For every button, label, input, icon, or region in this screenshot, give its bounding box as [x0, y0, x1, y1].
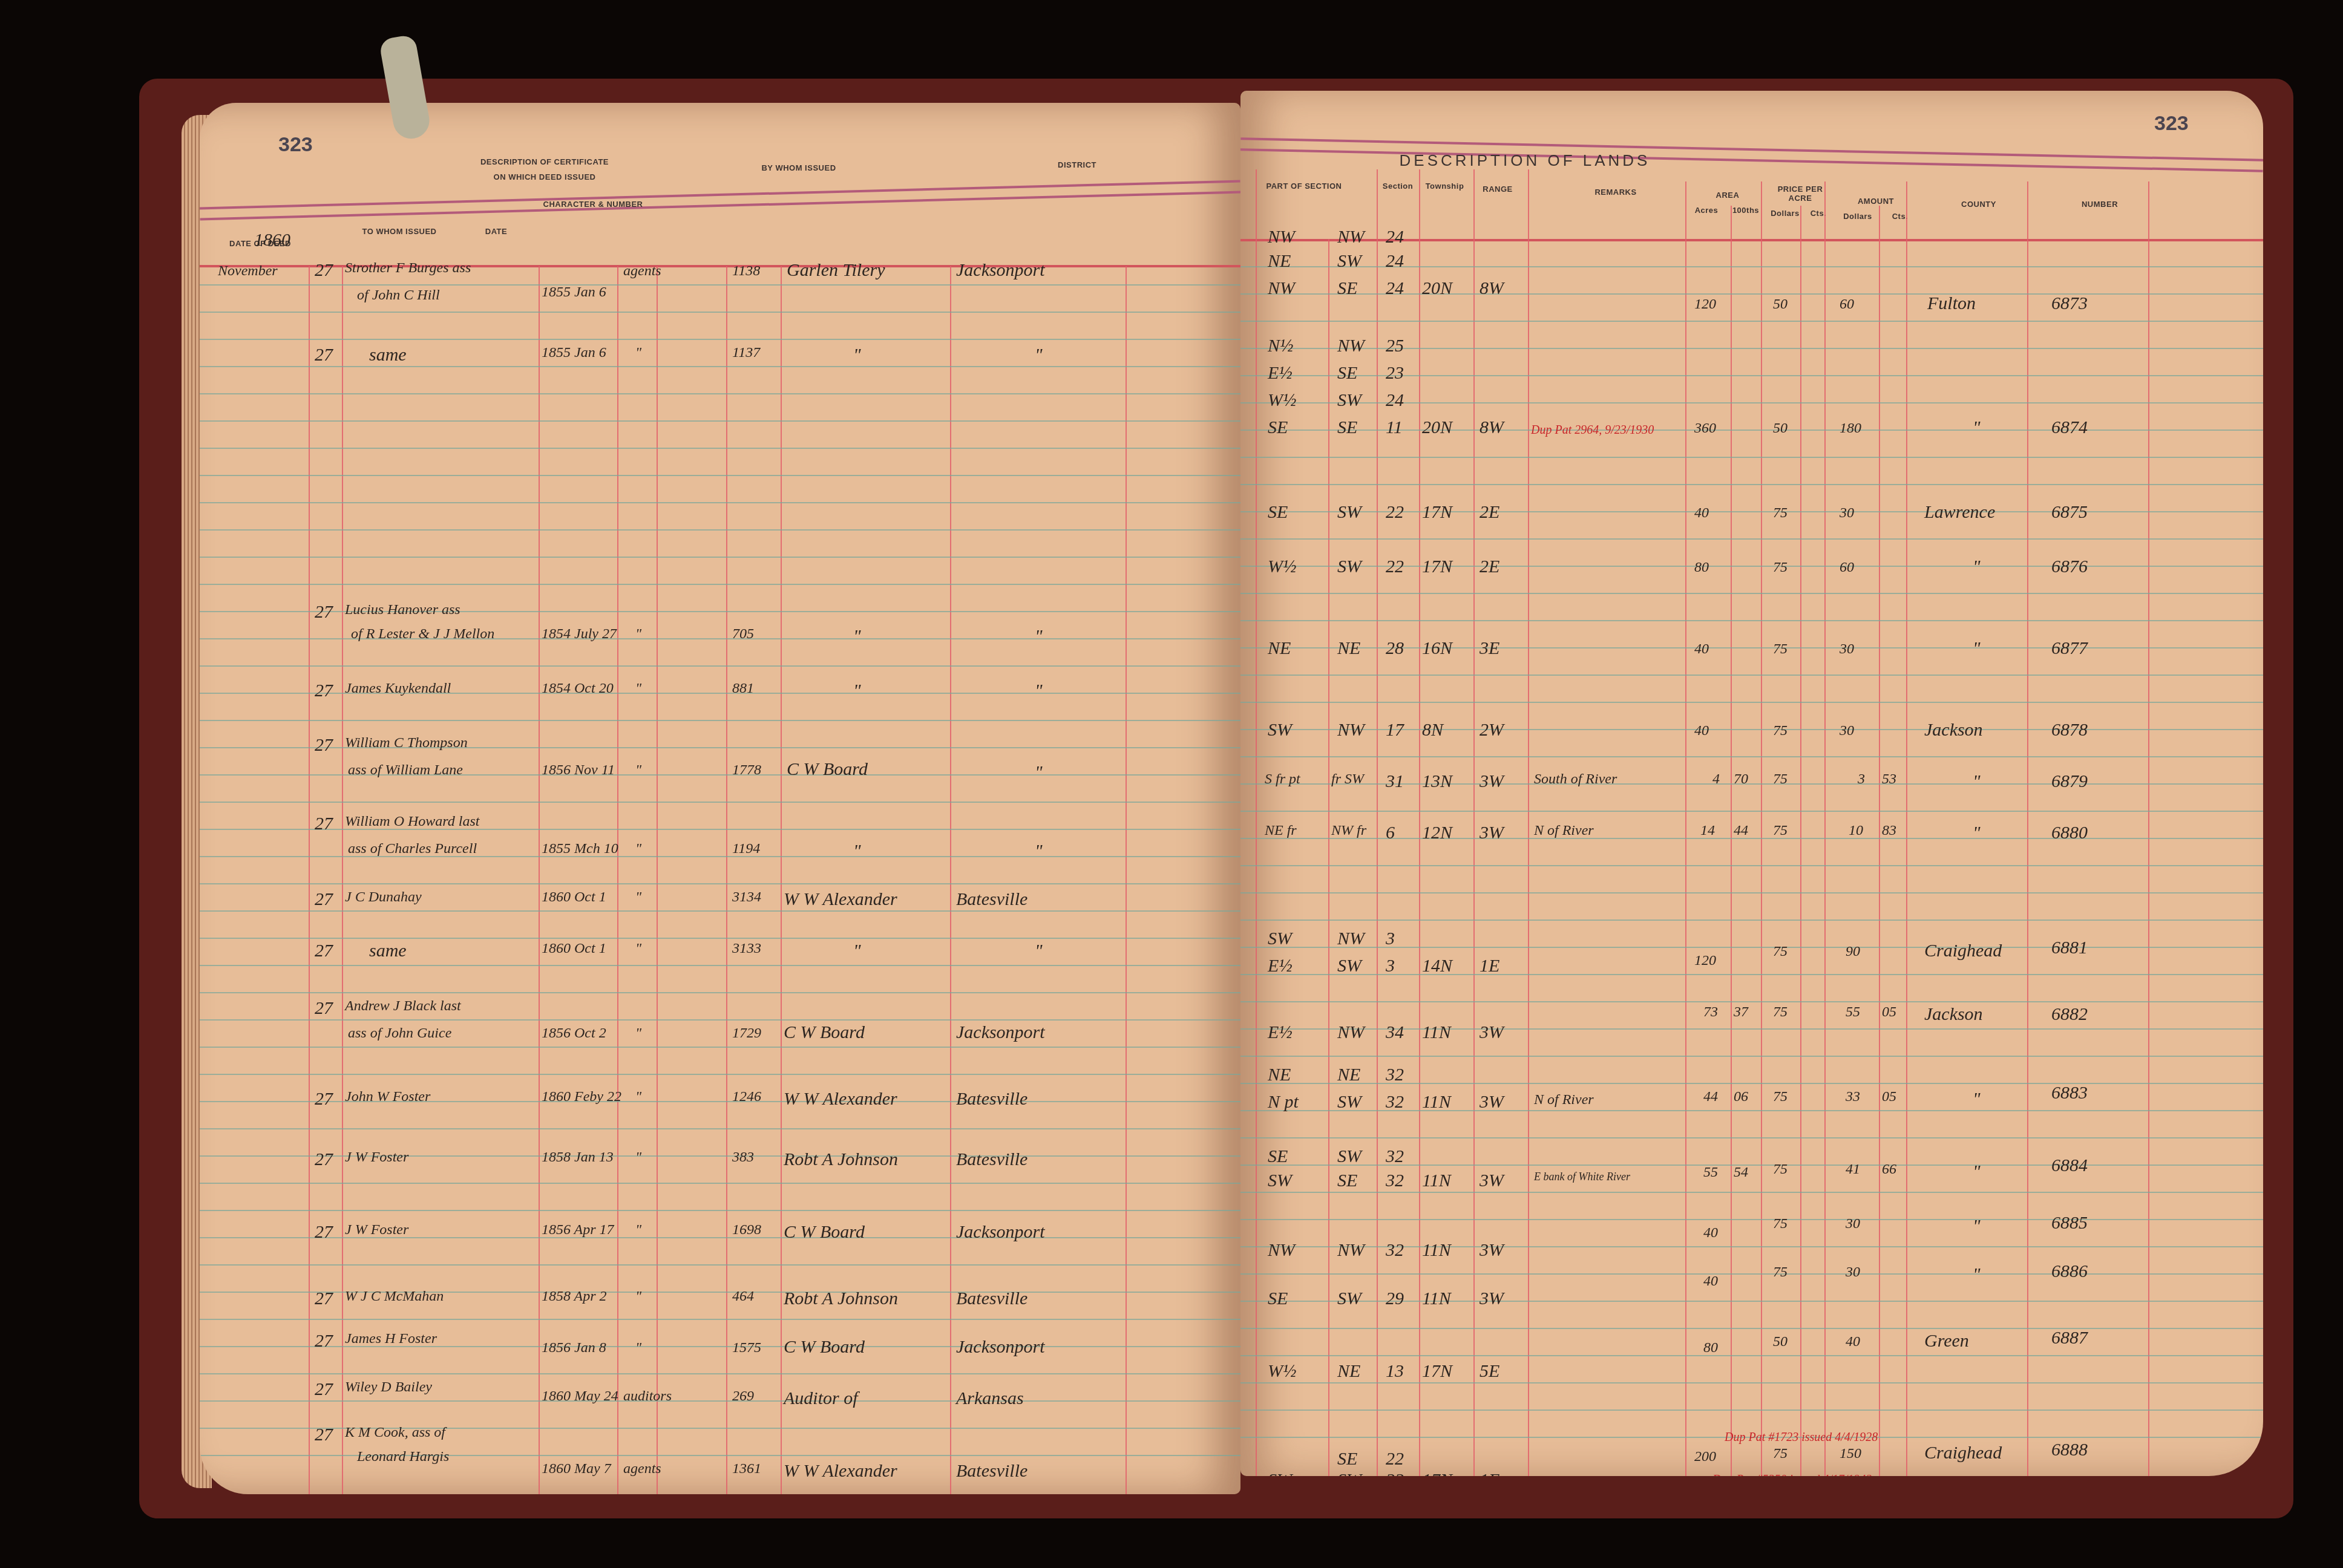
red-remark: Dup Pat 2964, 9/23/1930: [1531, 423, 1654, 437]
patent-number: 6874: [2051, 417, 2088, 438]
patent-number: 6888: [2051, 1440, 2088, 1460]
grantee-name: J W Foster: [345, 1149, 408, 1166]
patent-number: 6887: [2051, 1328, 2088, 1348]
header-district: DISTRICT: [1023, 160, 1132, 169]
county-name: Green: [1924, 1331, 1969, 1351]
county-name: ": [1973, 771, 1981, 792]
header-amount-cts: Cts.: [1885, 212, 1915, 221]
land-entry-6875[interactable]: SE SW 22 17N 2E 40 75 30 Lawrence 6875: [1240, 502, 2263, 532]
year-label: 1860: [254, 230, 290, 250]
header-amount-dollars: Dollars: [1833, 212, 1882, 221]
county-name: ": [1973, 1216, 1981, 1236]
grantee-name: J C Dunahay: [345, 889, 422, 906]
header-band: [200, 180, 1240, 220]
header-hundredths: 100ths: [1728, 206, 1764, 215]
land-entry-6885[interactable]: NW NW 32 11N 3W 40 75 30 " 6885: [1240, 1213, 2263, 1267]
header-section: Section: [1377, 181, 1419, 191]
grantee-name: James Kuykendall: [345, 681, 451, 697]
right-page: 323 DESCRIPTION OF LANDS PART OF SECTION…: [1240, 91, 2263, 1476]
grantee-name: William C Thompson: [345, 735, 468, 751]
grantee-name: K M Cook, ass of: [345, 1425, 445, 1441]
page-number: 323: [278, 133, 313, 157]
grantee-name: Strother F Burges ass: [345, 260, 471, 276]
land-entry-6886[interactable]: SE SW 29 11N 3W 40 75 30 " 6886: [1240, 1261, 2263, 1316]
county-name: ": [1973, 638, 1981, 659]
header-cert-date: DATE: [460, 227, 532, 236]
grantee-name: W J C McMahan: [345, 1289, 444, 1305]
column-divider: [1126, 266, 1127, 1494]
header-part-of-section: PART OF SECTION: [1253, 181, 1355, 191]
header-amount: AMOUNT: [1833, 197, 1918, 206]
header-price-per-acre: PRICE PER ACRE: [1767, 185, 1833, 203]
column-divider: [309, 266, 310, 1494]
county-name: Craighead: [1924, 941, 2002, 961]
county-name: ": [1973, 557, 1981, 577]
left-page: 323 DATE OF DEED TO WHOM ISSUED DESCRIPT…: [200, 103, 1240, 1494]
county-name: Fulton: [1927, 293, 1976, 314]
header-by-whom-issued: BY WHOM ISSUED: [732, 163, 865, 172]
patent-number: 6879: [2051, 771, 2088, 792]
county-name: Craighead: [1924, 1443, 2002, 1463]
column-divider: [539, 266, 540, 1494]
land-entry-6876[interactable]: W½ SW 22 17N 2E 80 75 60 " 6876: [1240, 557, 2263, 587]
column-divider: [342, 266, 343, 1494]
month-label: November: [218, 263, 278, 279]
patent-number: 6885: [2051, 1213, 2088, 1233]
header-price-cts: Cts.: [1806, 209, 1830, 218]
land-entry-6881[interactable]: SW NW 3 E½ SW 3 14N 1E 120 75 90 Craighe…: [1240, 929, 2263, 989]
header-character-number: CHARACTER & NUMBER: [539, 200, 647, 209]
header-number: NUMBER: [2045, 200, 2154, 209]
page-number: 323: [2154, 112, 2189, 136]
county-name: Jackson: [1924, 720, 1983, 740]
patent-number: 6876: [2051, 557, 2088, 577]
land-entry-6880[interactable]: NE fr NW fr 6 12N 3W N of River 14 44 75…: [1240, 823, 2263, 853]
land-entry-6878[interactable]: SW NW 17 8N 2W 40 75 30 Jackson 6878: [1240, 720, 2263, 750]
land-entry-6887[interactable]: W½ NE 13 17N 5E 80 50 40 Green 6887: [1240, 1313, 2263, 1367]
grantee-name: Wiley D Bailey: [345, 1379, 432, 1396]
header-area: AREA: [1688, 191, 1767, 200]
red-remark: Dup Pat #1723 issued 4/4/1928: [1725, 1431, 1878, 1445]
grantee-name: James H Foster: [345, 1331, 437, 1347]
patent-number: 6881: [2051, 938, 2088, 958]
column-divider: [617, 266, 618, 1494]
grantee-name: Andrew J Black last: [345, 998, 461, 1014]
land-entry-6882[interactable]: E½ NW 34 11N 3W 73 37 75 55 05 Jackson 6…: [1240, 1004, 2263, 1053]
column-divider: [950, 266, 951, 1494]
header-description-of-certificate: DESCRIPTION OF CERTIFICATE: [454, 157, 635, 166]
grantee-name: same: [369, 941, 407, 961]
column-divider: [726, 266, 727, 1494]
patent-number: 6883: [2051, 1083, 2088, 1103]
red-remark: Dup Pat #5350 issued 4/17/1942: [1712, 1473, 1872, 1476]
column-divider: [657, 266, 658, 1494]
patent-number: 6877: [2051, 638, 2088, 659]
county-name: Jackson: [1924, 1004, 1983, 1025]
land-entry-6888[interactable]: SE 22 SW SW 22 17N 1E Dup Pat #1723 issu…: [1240, 1403, 2263, 1476]
land-entry-6883[interactable]: NE NE 32 N pt SW 32 11N 3W N of River 44…: [1240, 1065, 2263, 1125]
patent-number: 6873: [2051, 293, 2088, 314]
land-entry-6877[interactable]: NE NE 28 16N 3E 40 75 30 " 6877: [1240, 638, 2263, 668]
grantee-name: Lucius Hanover ass: [345, 602, 460, 618]
header-township: Township: [1419, 181, 1470, 191]
patent-number: 6880: [2051, 823, 2088, 843]
county-name: ": [1973, 1264, 1981, 1285]
header-description-of-lands: DESCRIPTION OF LANDS: [1374, 151, 1676, 170]
header-acres: Acres: [1688, 206, 1725, 215]
grantee-name: William O Howard last: [345, 814, 479, 830]
county-name: ": [1973, 1089, 1981, 1109]
header-remarks: REMARKS: [1543, 188, 1688, 197]
county-name: ": [1973, 823, 1981, 843]
county-name: ": [1973, 1161, 1981, 1182]
grantee-name: J W Foster: [345, 1222, 408, 1238]
patent-number: 6882: [2051, 1004, 2088, 1025]
header-range: RANGE: [1473, 185, 1522, 194]
grantee-name: John W Foster: [345, 1089, 430, 1105]
land-entry-6879[interactable]: S fr pt fr SW 31 13N 3W South of River 4…: [1240, 771, 2263, 802]
patent-number: 6886: [2051, 1261, 2088, 1282]
patent-number: 6875: [2051, 502, 2088, 523]
county-name: ": [1973, 417, 1981, 438]
header-to-whom-issued: TO WHOM ISSUED: [339, 227, 460, 236]
grantee-name: same: [369, 345, 407, 365]
county-name: Lawrence: [1924, 502, 1995, 523]
header-on-which-deed-issued: ON WHICH DEED ISSUED: [454, 172, 635, 181]
header-county: COUNTY: [1924, 200, 2033, 209]
patent-number: 6878: [2051, 720, 2088, 740]
column-divider: [781, 266, 782, 1494]
patent-number: 6884: [2051, 1155, 2088, 1176]
land-entry-6884[interactable]: SE SW 32 SW SE 32 11N 3W E bank of White…: [1240, 1146, 2263, 1207]
